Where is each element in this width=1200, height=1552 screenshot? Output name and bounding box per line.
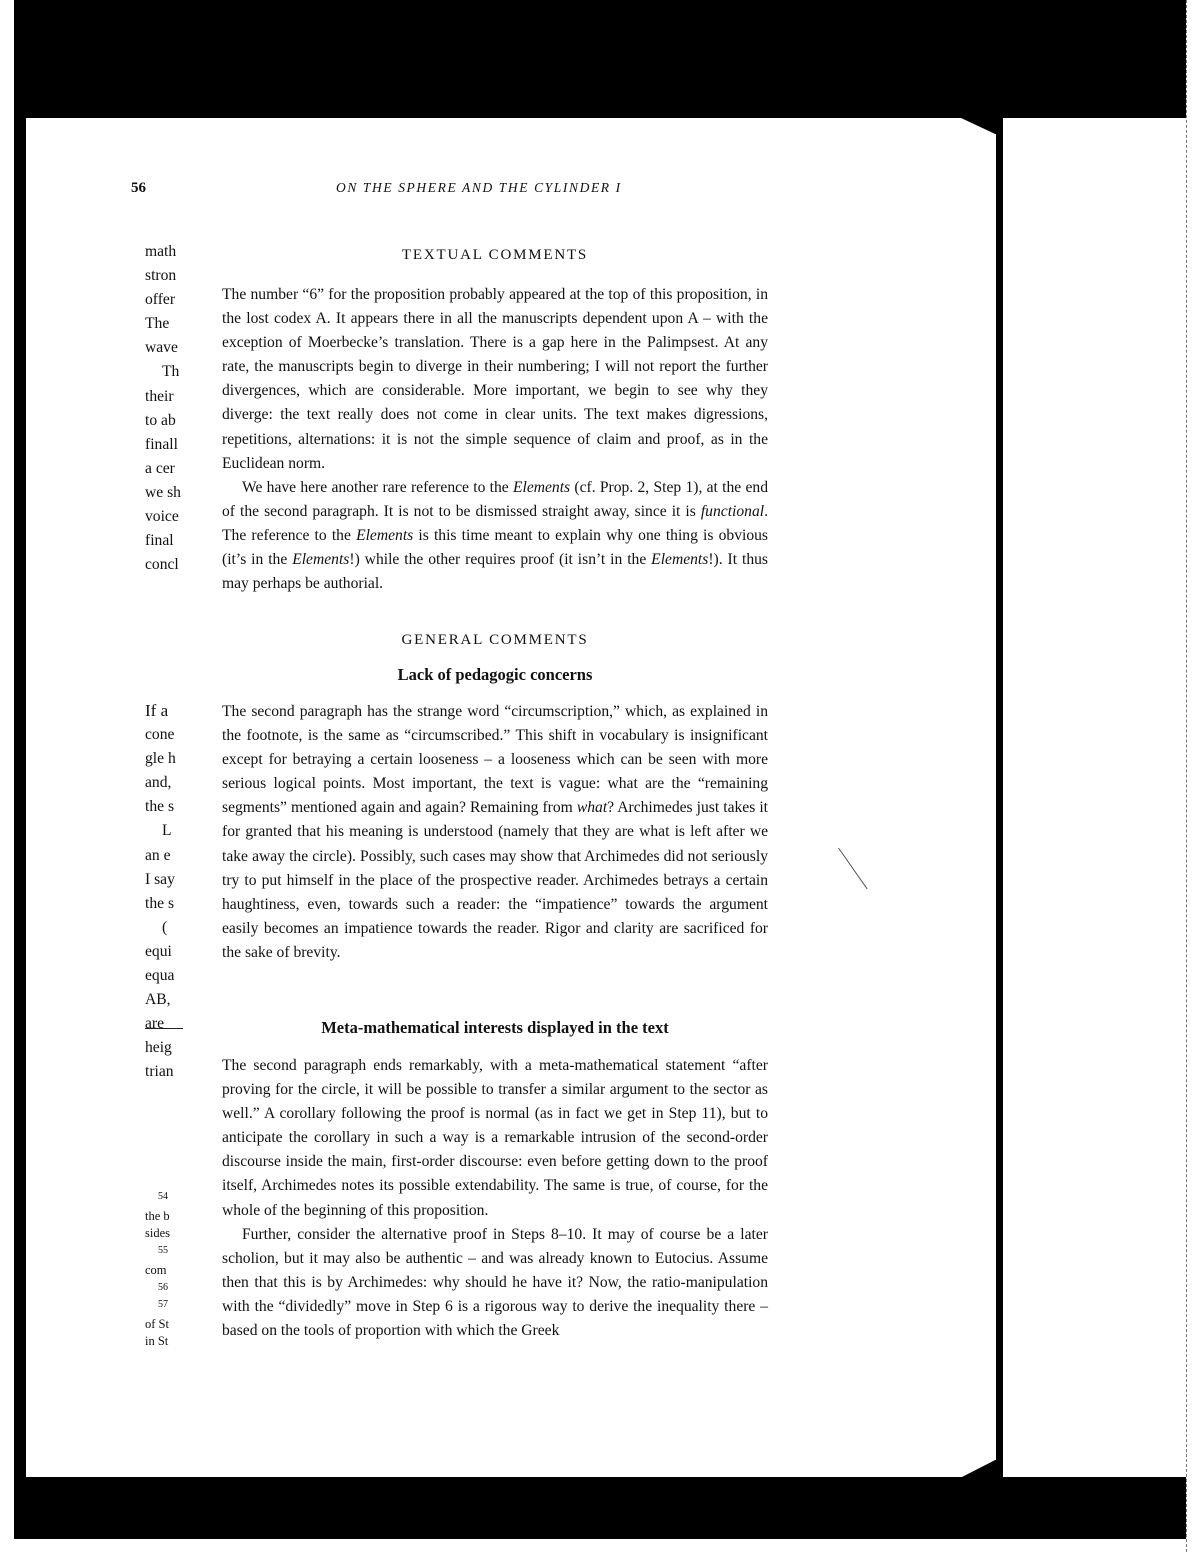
scanned-book-spread: 56 ON THE SPHERE AND THE CYLINDER I TEXT… [0, 0, 1200, 1552]
scan-border-left [14, 0, 26, 1539]
footnote-rule [145, 1028, 183, 1029]
scan-border-top [14, 0, 1200, 118]
paragraph: Further, consider the alternative proof … [222, 1223, 768, 1343]
section-heading-general-comments: GENERAL COMMENTS [222, 632, 768, 649]
paragraph: The number “6” for the proposition proba… [222, 283, 768, 476]
right-page-footnotes-fragment: 54 the b sides 55 com 56 57 of St in St [145, 1188, 170, 1350]
running-title: ON THE SPHERE AND THE CYLINDER I [336, 180, 622, 196]
scan-border-bottom [14, 1477, 1200, 1539]
right-page [1003, 118, 1186, 1477]
running-head: 56 ON THE SPHERE AND THE CYLINDER I [0, 180, 1000, 204]
paragraph: We have here another rare reference to t… [222, 476, 768, 596]
subsection-heading: Meta-mathematical interests displayed in… [222, 1018, 768, 1038]
right-page-text-fragment-top: math stron offer The wave Th their to ab… [145, 240, 181, 577]
right-page-text-fragment-middle: If a cone gle h and, the s L an e I say … [145, 699, 176, 1085]
pedagogic-concerns-body: The second paragraph has the strange wor… [222, 700, 768, 965]
meta-mathematical-body: The second paragraph ends remarkably, wi… [222, 1054, 768, 1343]
paragraph: The second paragraph ends remarkably, wi… [222, 1054, 768, 1223]
paragraph: The second paragraph has the strange wor… [222, 700, 768, 965]
section-heading-textual-comments: TEXTUAL COMMENTS [222, 247, 768, 264]
page-number: 56 [131, 180, 146, 197]
textual-comments-body: The number “6” for the proposition proba… [222, 283, 768, 596]
subsection-heading: Lack of pedagogic concerns [222, 665, 768, 685]
book-gutter [996, 118, 1003, 1477]
right-scan-edge [1186, 0, 1200, 1552]
